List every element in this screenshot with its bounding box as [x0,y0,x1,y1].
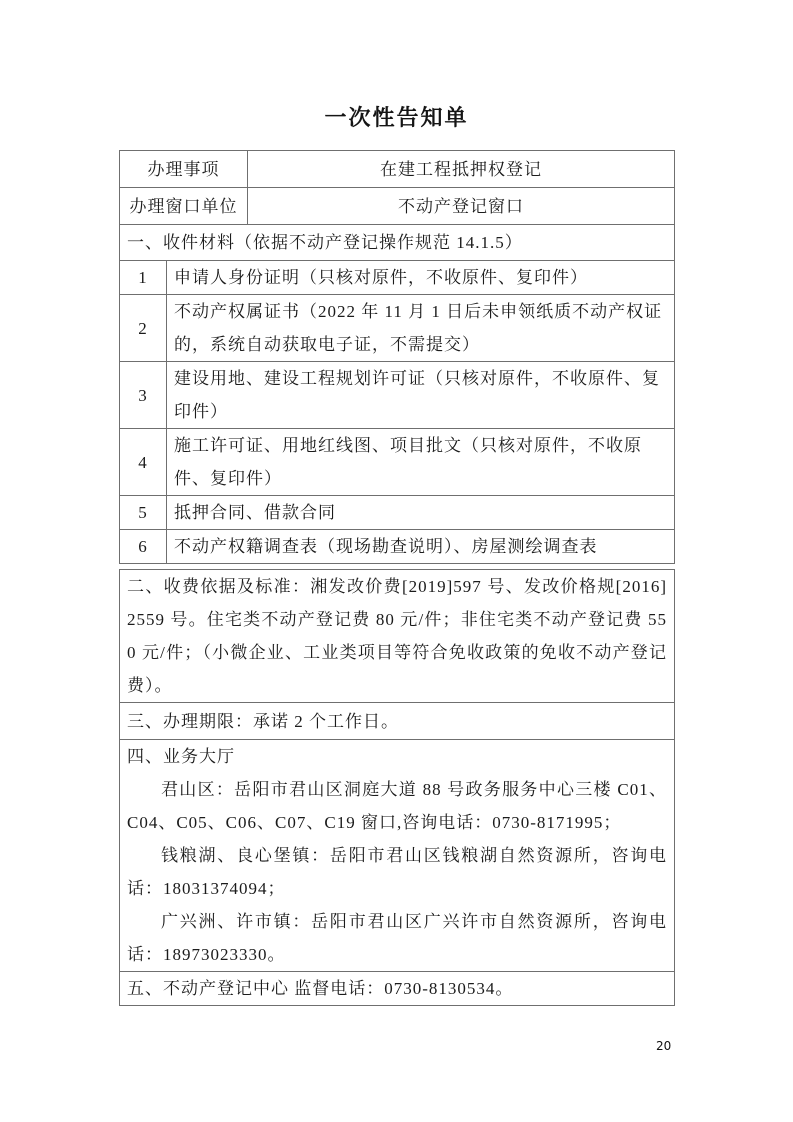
material-no: 5 [120,496,167,530]
material-no: 4 [120,429,167,496]
table-row: 办理窗口单位 不动产登记窗口 [120,188,675,225]
material-no: 6 [120,530,167,564]
table-row: 三、办理期限：承诺 2 个工作日。 [120,703,675,740]
service-hall-header: 四、业务大厅 [127,740,667,773]
material-text: 不动产权籍调查表（现场勘查说明）、房屋测绘调查表 [167,530,675,564]
service-hall-section: 四、业务大厅 君山区：岳阳市君山区洞庭大道 88 号政务服务中心三楼 C01、C… [120,740,675,972]
registration-center-section: 五、不动产登记中心 监督电话：0730-8130534。 [120,972,675,1006]
service-hall-paragraph: 君山区：岳阳市君山区洞庭大道 88 号政务服务中心三楼 C01、C04、C05、… [127,773,667,839]
material-text: 申请人身份证明（只核对原件，不收原件、复印件） [167,261,675,295]
info-value-window: 不动产登记窗口 [248,188,675,225]
material-no: 1 [120,261,167,295]
service-hall-paragraph: 钱粮湖、良心堡镇：岳阳市君山区钱粮湖自然资源所，咨询电话：18031374094… [127,839,667,905]
info-value-matter: 在建工程抵押权登记 [248,151,675,188]
table-row: 3 建设用地、建设工程规划许可证（只核对原件，不收原件、复印件） [120,362,675,429]
table-row: 5 抵押合同、借款合同 [120,496,675,530]
material-text: 施工许可证、用地红线图、项目批文（只核对原件，不收原件、复印件） [167,429,675,496]
table-row: 办理事项 在建工程抵押权登记 [120,151,675,188]
material-no: 2 [120,295,167,362]
page-title: 一次性告知单 [0,101,793,132]
page-number: 20 [656,1039,671,1053]
document-page: 一次性告知单 办理事项 在建工程抵押权登记 办理窗口单位 不动产登记窗口 一、收… [0,0,793,1122]
material-no: 3 [120,362,167,429]
service-hall-paragraph: 广兴洲、许市镇：岳阳市君山区广兴许市自然资源所，咨询电话：18973023330… [127,905,667,971]
table-row: 2 不动产权属证书（2022 年 11 月 1 日后未申领纸质不动产权证的，系统… [120,295,675,362]
table-row: 四、业务大厅 君山区：岳阳市君山区洞庭大道 88 号政务服务中心三楼 C01、C… [120,740,675,972]
deadline-section: 三、办理期限：承诺 2 个工作日。 [120,703,675,740]
material-text: 建设用地、建设工程规划许可证（只核对原件，不收原件、复印件） [167,362,675,429]
notice-table-main: 办理事项 在建工程抵押权登记 办理窗口单位 不动产登记窗口 一、收件材料（依据不… [119,150,675,564]
table-row: 4 施工许可证、用地红线图、项目批文（只核对原件，不收原件、复印件） [120,429,675,496]
table-row: 五、不动产登记中心 监督电话：0730-8130534。 [120,972,675,1006]
material-text: 抵押合同、借款合同 [167,496,675,530]
info-label-window: 办理窗口单位 [120,188,248,225]
materials-section-header: 一、收件材料（依据不动产登记操作规范 14.1.5） [120,225,675,261]
table-row: 6 不动产权籍调查表（现场勘查说明）、房屋测绘调查表 [120,530,675,564]
fees-section: 二、收费依据及标准：湘发改价费[2019]597 号、发改价格规[2016]25… [120,570,675,703]
table-row: 一、收件材料（依据不动产登记操作规范 14.1.5） [120,225,675,261]
info-label-matter: 办理事项 [120,151,248,188]
material-text: 不动产权属证书（2022 年 11 月 1 日后未申领纸质不动产权证的，系统自动… [167,295,675,362]
table-row: 1 申请人身份证明（只核对原件，不收原件、复印件） [120,261,675,295]
notice-tables: 办理事项 在建工程抵押权登记 办理窗口单位 不动产登记窗口 一、收件材料（依据不… [119,150,675,1006]
table-row: 二、收费依据及标准：湘发改价费[2019]597 号、发改价格规[2016]25… [120,570,675,703]
notice-table-sections: 二、收费依据及标准：湘发改价费[2019]597 号、发改价格规[2016]25… [119,569,675,1006]
